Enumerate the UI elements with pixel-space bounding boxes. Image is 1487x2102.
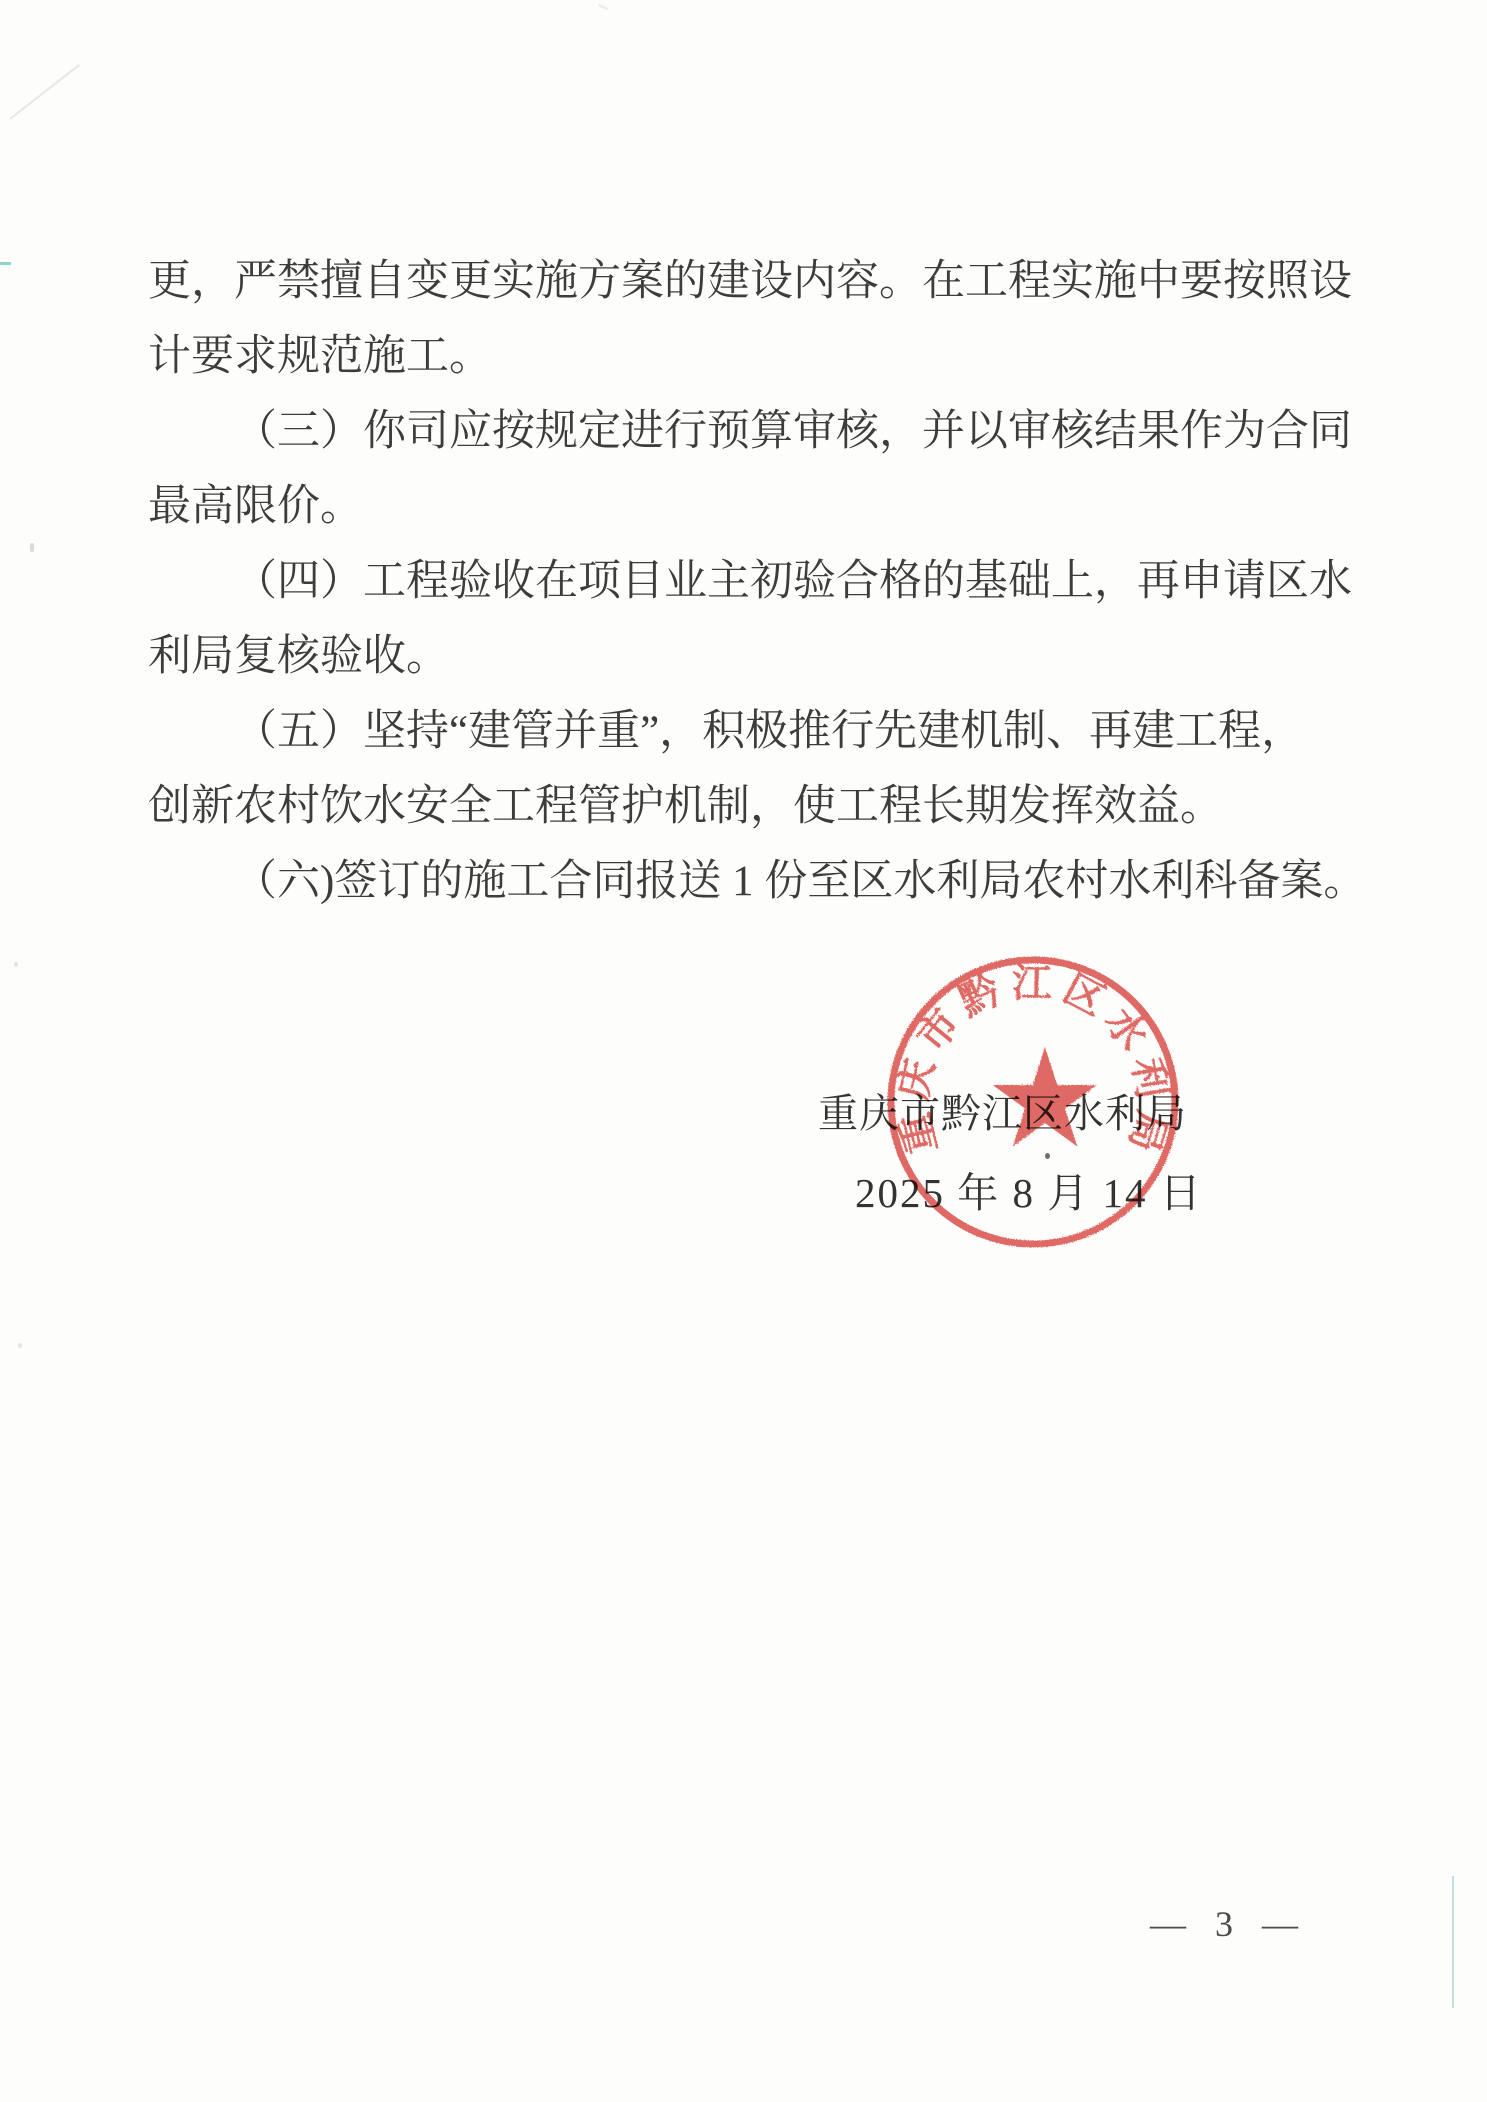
- body-line: 利局复核验收。: [148, 619, 1363, 694]
- page-number: — 3 —: [1150, 1903, 1308, 1945]
- body-line: 更，严禁擅自变更实施方案的建设内容。在工程实施中要按照设: [148, 244, 1363, 319]
- scan-artifact-teal-dash: [0, 262, 11, 265]
- document-page: 更，严禁擅自变更实施方案的建设内容。在工程实施中要按照设 计要求规范施工。 （三…: [0, 0, 1487, 2102]
- scan-artifact-top-tick: [598, 4, 608, 10]
- scan-artifact-mark: [14, 962, 18, 967]
- body-line: 最高限价。: [148, 469, 1363, 544]
- official-seal: 重庆市黔江区水利局: [873, 942, 1193, 1262]
- body-line: 创新农村饮水安全工程管护机制，使工程长期发挥效益。: [148, 769, 1363, 844]
- body-line-item-four: （四）工程验收在项目业主初验合格的基础上，再申请区水: [148, 544, 1363, 619]
- seal-arc-text: 重庆市黔江区水利局: [890, 960, 1176, 1164]
- scan-artifact-mark: [18, 1343, 22, 1348]
- scan-artifact-diagonal: [9, 64, 80, 120]
- body-line-item-five: （五）坚持“建管并重”，积极推行先建机制、再建工程，: [148, 694, 1363, 769]
- svg-text:重庆市黔江区水利局: 重庆市黔江区水利局: [890, 960, 1176, 1164]
- seal-star-icon: [993, 1047, 1098, 1147]
- body-line-item-six: （六)签订的施工合同报送 1 份至区水利局农村水利科备案。: [148, 844, 1363, 919]
- scan-artifact-mark: [30, 543, 34, 552]
- document-body: 更，严禁擅自变更实施方案的建设内容。在工程实施中要按照设 计要求规范施工。 （三…: [148, 244, 1363, 919]
- scan-artifact-teal-line: [1452, 1876, 1454, 2008]
- body-line-item-three: （三）你司应按规定进行预算审核，并以审核结果作为合同: [148, 394, 1363, 469]
- body-line: 计要求规范施工。: [148, 319, 1363, 394]
